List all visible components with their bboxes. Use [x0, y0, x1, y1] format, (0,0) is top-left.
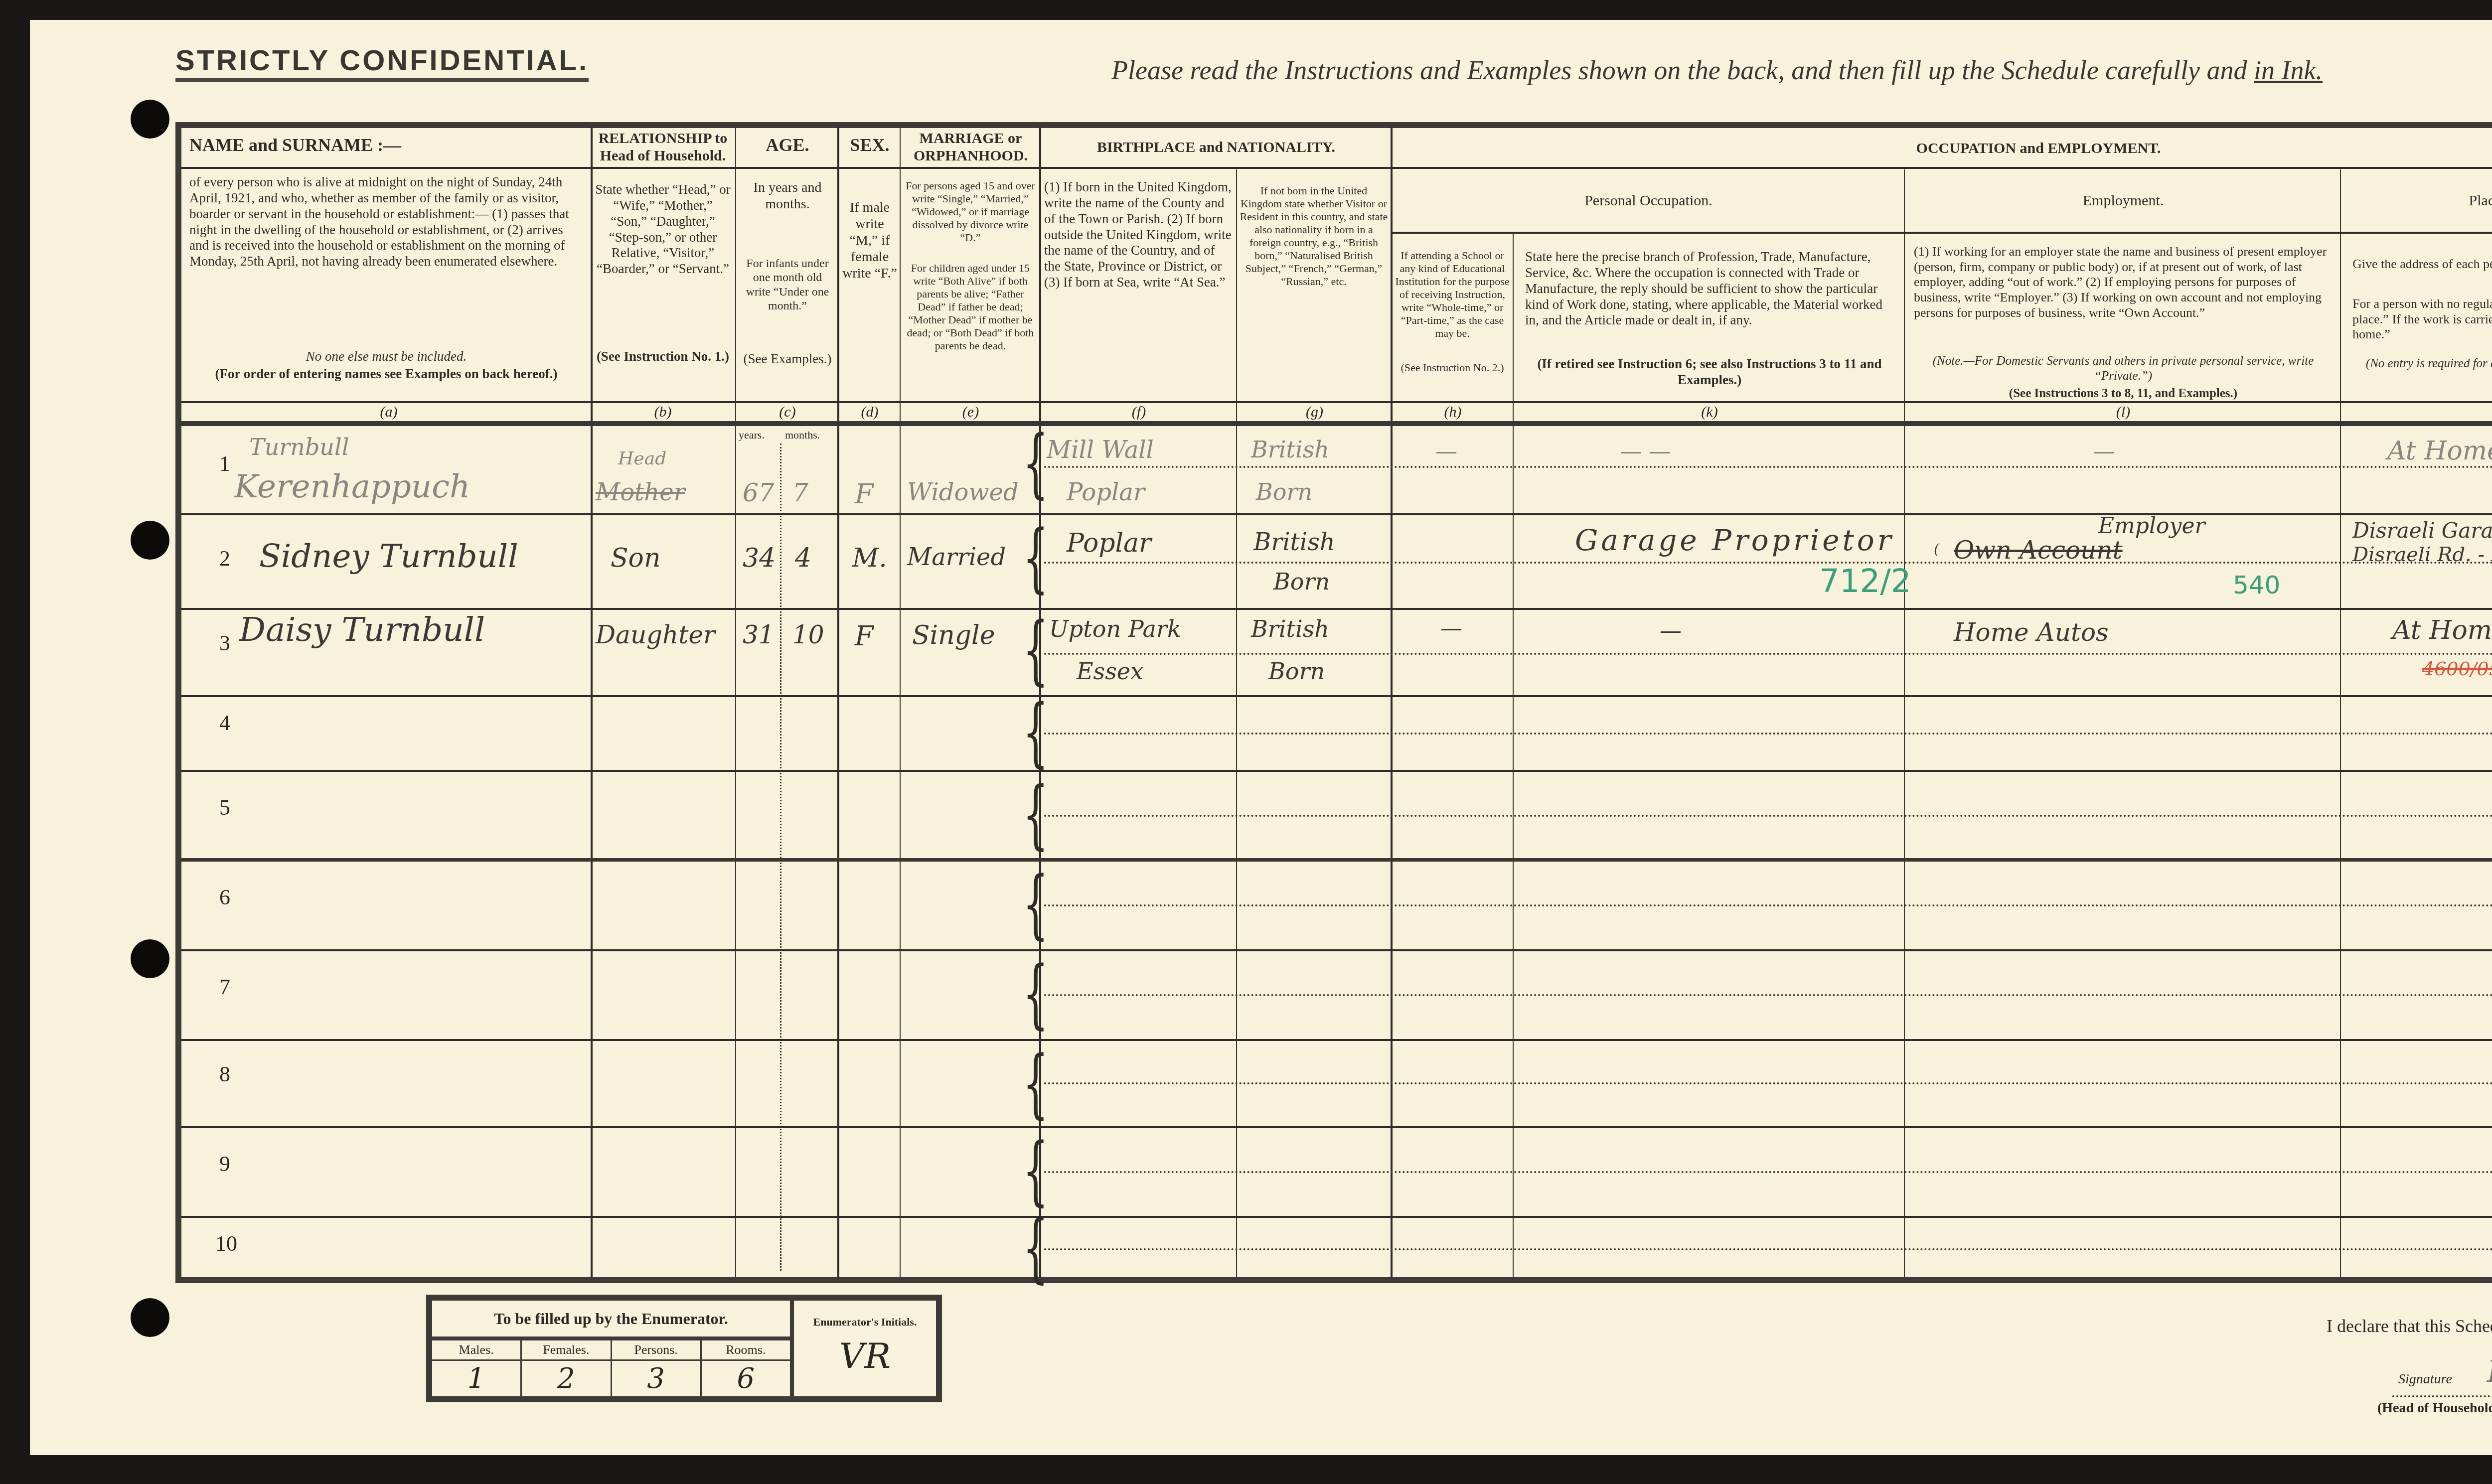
- col-m-sub: For a person with no regular place of wo…: [2352, 297, 2492, 342]
- row2-sex: M.: [852, 543, 887, 573]
- rooms-label: Rooms.: [702, 1340, 790, 1361]
- row1-nationality-1: British: [1251, 436, 1329, 463]
- brace-icon: {: [1022, 1134, 1048, 1208]
- row-divider-thick: [181, 858, 2492, 862]
- row-number: 4: [219, 710, 230, 736]
- row2-birthplace-1: Poplar: [1067, 528, 1151, 558]
- signature-label: Signature: [2398, 1371, 2452, 1387]
- col-letter-c: (c): [738, 404, 837, 421]
- col-l-sub: (Note.—For Domestic Servants and others …: [1914, 354, 2333, 383]
- persons-value: 3: [612, 1361, 700, 1397]
- enumerator-counts: Males.1 Females.2 Persons.3 Rooms.6: [432, 1340, 790, 1396]
- brace-icon: {: [1022, 1211, 1048, 1286]
- col-d-title: SEX.: [840, 135, 900, 155]
- punch-hole: [131, 939, 169, 978]
- row-number: 6: [219, 885, 230, 910]
- row-divider: [181, 1039, 2492, 1041]
- row-number: 1: [219, 451, 230, 476]
- rooms-cell: Rooms.6: [702, 1340, 790, 1396]
- row2-workplace-2: Disraeli Rd. - Putney: [2352, 543, 2492, 566]
- col-letter-h: (h): [1393, 404, 1513, 421]
- col-letter-g: (g): [1239, 404, 1391, 421]
- row-divider: [181, 770, 2492, 772]
- col-b-body: State whether “Head,” or “Wife,” “Mother…: [594, 182, 732, 277]
- row2-marriage: Married: [907, 543, 1006, 571]
- row2-occupation: Garage Proprietor: [1575, 523, 1894, 557]
- row1-sex: F: [855, 478, 873, 510]
- row-number: 9: [219, 1151, 230, 1177]
- row2-age-years: 34: [743, 543, 776, 573]
- col-letter-l: (l): [1906, 404, 2340, 421]
- row-number: 3: [219, 630, 230, 656]
- col-c-body: In years and months.: [743, 179, 832, 212]
- row3-name: Daisy Turnbull: [239, 610, 485, 649]
- col-c-note: (See Examples.): [743, 351, 832, 367]
- row3-nationality-2: Born: [1268, 658, 1325, 685]
- signature-caption: (Head of Household, Manager of Establish…: [2377, 1400, 2492, 1416]
- brace-icon: {: [1022, 613, 1048, 688]
- instruction-text: Please read the Instructions and Example…: [1111, 55, 2254, 85]
- col-c-title: AGE.: [738, 135, 837, 155]
- brace-icon: {: [1022, 867, 1048, 942]
- row1-nationality-2: Born: [1256, 478, 1312, 505]
- col-letter-e: (e): [902, 404, 1039, 421]
- row3-marriage: Single: [912, 620, 995, 650]
- col-f-body: (1) If born in the United Kingdom, write…: [1044, 179, 1234, 291]
- rooms-value: 6: [702, 1361, 790, 1397]
- col-letter-f: (f): [1042, 404, 1236, 421]
- employment-title: Employment.: [1906, 192, 2340, 209]
- col-letter-k: (k): [1515, 404, 1904, 421]
- females-label: Females.: [522, 1340, 610, 1361]
- row-divider: [181, 608, 2492, 610]
- age-years-label: years.: [739, 429, 765, 442]
- col-c-sub: For infants under one month old write “U…: [742, 257, 833, 313]
- col-e-title: MARRIAGE or ORPHANHOOD.: [902, 130, 1039, 165]
- row1-birthplace-1: Mill Wall: [1047, 436, 1154, 464]
- row3-age-months: 10: [792, 620, 824, 649]
- punch-hole: [131, 1298, 169, 1337]
- col-g-body: If not born in the United Kingdom state …: [1239, 184, 1389, 288]
- females-cell: Females.2: [522, 1340, 612, 1396]
- col-divider: [1904, 169, 1905, 1278]
- col-letter-b: (b): [593, 404, 733, 421]
- row-number: 8: [219, 1061, 230, 1087]
- row-number: 7: [219, 974, 230, 1000]
- row-midline: [1044, 733, 2492, 735]
- row3-occupation: —: [1660, 618, 1682, 643]
- col-letter-d: (d): [840, 404, 900, 421]
- col-a-note: No one else must be included.: [189, 349, 583, 365]
- row1-forename: Kerenhappuch: [234, 468, 470, 505]
- row3-birthplace-1: Upton Park: [1049, 615, 1181, 642]
- persons-cell: Persons.3: [612, 1340, 702, 1396]
- row-midline: [1044, 815, 2492, 817]
- col-letter-a: (a): [189, 404, 588, 421]
- col-m-note: (No entry is required for any person who…: [2352, 356, 2492, 386]
- col-divider: [1236, 169, 1237, 1278]
- col-divider: [837, 127, 839, 1278]
- instruction-line: Please read the Instructions and Example…: [1111, 55, 2323, 86]
- col-m-body: Give the address of each person's place …: [2352, 257, 2492, 272]
- col-h-note: (See Instruction No. 2.): [1394, 361, 1511, 374]
- col-a-order: (For order of entering names see Example…: [189, 366, 583, 382]
- row-midline: [1044, 466, 2492, 468]
- males-cell: Males.1: [432, 1340, 522, 1396]
- row-number: 5: [219, 795, 230, 820]
- col-divider: [1513, 234, 1514, 1278]
- row3-birthplace-2: Essex: [1077, 658, 1143, 685]
- col-h-body: If attending a School or any kind of Edu…: [1394, 249, 1511, 340]
- col-k-note: (If retired see Instruction 6; see also …: [1525, 356, 1894, 388]
- row1-school: —: [1435, 439, 1457, 464]
- row-midline: [1044, 904, 2492, 906]
- col-divider: [900, 127, 901, 1278]
- row-divider: [181, 1216, 2492, 1218]
- row2-nationality-1: British: [1253, 528, 1335, 556]
- row3-workplace: At Home: [2392, 615, 2492, 645]
- row-midline: [1044, 1082, 2492, 1084]
- males-label: Males.: [432, 1340, 520, 1361]
- col-a-body: of every person who is alive at midnight…: [189, 174, 583, 270]
- row-divider: [181, 1126, 2492, 1128]
- col-divider: [735, 127, 736, 1278]
- col-divider: [1391, 127, 1393, 1278]
- row-midline: [1044, 1171, 2492, 1173]
- initials-value: VR: [794, 1336, 936, 1376]
- punch-hole: [131, 100, 169, 139]
- col-b-title: RELATIONSHIP to Head of Household.: [593, 130, 733, 165]
- row2-name: Sidney Turnbull: [259, 538, 518, 575]
- header-divider: [1391, 232, 2492, 234]
- col-d-body: If male write “M,” if female write “F.”: [842, 199, 897, 282]
- col-k-body: State here the precise branch of Profess…: [1525, 249, 1894, 328]
- row3-age-years: 31: [743, 620, 775, 649]
- row1-occupation: — —: [1620, 439, 1671, 464]
- row1-age-months: 7: [792, 478, 808, 507]
- brace-icon: {: [1022, 777, 1048, 852]
- row1-surname: Turnbull: [249, 434, 349, 460]
- row2-employment-code: 540: [2233, 571, 2280, 599]
- row2-nationality-2: Born: [1273, 568, 1330, 595]
- brace-icon: {: [1022, 695, 1048, 770]
- place-of-work-title: Place of Work.: [2342, 192, 2492, 209]
- col-e-body: For persons aged 15 and over write “Sing…: [903, 179, 1038, 244]
- row2-workplace: Disraeli Garage: [2352, 518, 2492, 543]
- row3-employment: Home Autos: [1954, 618, 2109, 647]
- col-a-title: NAME and SURNAME :—: [189, 135, 583, 155]
- confidential-heading: STRICTLY CONFIDENTIAL.: [175, 44, 589, 82]
- header-divider: [1391, 167, 2492, 169]
- row1-employment: —: [2093, 439, 2115, 464]
- row1-relationship: Mother: [596, 478, 685, 506]
- declaration-text: I declare that this Schedule is correctl…: [2327, 1316, 2492, 1336]
- header-bottom-rule: [181, 421, 2492, 426]
- row1-workplace: At Home: [2387, 436, 2492, 466]
- signature-value: Kerenhappuch Turnbull: [2487, 1354, 2492, 1389]
- row1-birthplace-2: Poplar: [1067, 478, 1145, 506]
- brace-icon: {: [1022, 1046, 1048, 1121]
- row1-relationship-correction: Head: [618, 448, 666, 469]
- age-years-months-divider: [780, 444, 781, 1271]
- brace-icon: {: [1022, 521, 1048, 595]
- row3-nationality-1: British: [1251, 615, 1329, 642]
- males-value: 1: [432, 1361, 520, 1397]
- col-letter-m: (m): [2342, 404, 2492, 421]
- brace-icon: {: [1022, 957, 1048, 1032]
- row2-paren-open: (: [1934, 541, 1939, 557]
- row-midline: [1044, 1248, 2492, 1250]
- row-divider: [181, 949, 2492, 951]
- age-months-label: months.: [785, 429, 820, 442]
- row3-relationship: Daughter: [596, 620, 715, 649]
- initials-label: Enumerator's Initials.: [794, 1316, 936, 1329]
- row2-employment-struck: Own Account: [1954, 536, 2123, 565]
- col-l-body: (1) If working for an employer state the…: [1914, 244, 2333, 320]
- row2-employment: Employer: [2098, 513, 2205, 539]
- occupation-title: OCCUPATION and EMPLOYMENT.: [1393, 140, 2492, 157]
- row2-age-months: 4: [795, 543, 811, 573]
- birthplace-title: BIRTHPLACE and NATIONALITY.: [1042, 139, 1391, 156]
- row-number: 2: [219, 546, 230, 571]
- col-b-note: (See Instruction No. 1.): [594, 349, 732, 365]
- row3-school: —: [1440, 615, 1462, 641]
- col-divider: [2340, 169, 2341, 1278]
- enumerator-tally-box: To be filled up by the Enumerator. Males…: [426, 1295, 942, 1402]
- enumerator-initials-cell: Enumerator's Initials. VR: [790, 1301, 936, 1396]
- row1-age-years: 67: [743, 478, 775, 507]
- row2-occupation-code: 712/2: [1819, 563, 1911, 600]
- row2-relationship: Son: [611, 543, 660, 573]
- row-midline: [1044, 653, 2492, 655]
- instruction-ink: in Ink.: [2254, 55, 2323, 85]
- row3-sex: F: [855, 620, 873, 652]
- header-divider: [181, 401, 2492, 403]
- header-divider: [181, 167, 1391, 169]
- enumerator-box-title: To be filled up by the Enumerator.: [432, 1301, 790, 1340]
- females-value: 2: [522, 1361, 610, 1397]
- row-divider: [181, 695, 2492, 697]
- row-number: 10: [215, 1231, 237, 1256]
- brace-icon: {: [1022, 426, 1048, 501]
- punch-hole: [131, 521, 169, 560]
- col-divider: [591, 127, 593, 1278]
- row3-workplace-code: 4600/05: [2422, 658, 2492, 680]
- personal-occupation-title: Personal Occupation.: [1393, 192, 1904, 209]
- row-midline: [1044, 562, 2492, 564]
- row-midline: [1044, 994, 2492, 996]
- col-e-sub: For children aged under 15 write “Both A…: [903, 262, 1038, 352]
- col-l-note: (See Instructions 3 to 8, 11, and Exampl…: [1914, 386, 2333, 401]
- persons-label: Persons.: [612, 1340, 700, 1361]
- row1-marriage: Widowed: [907, 478, 1019, 506]
